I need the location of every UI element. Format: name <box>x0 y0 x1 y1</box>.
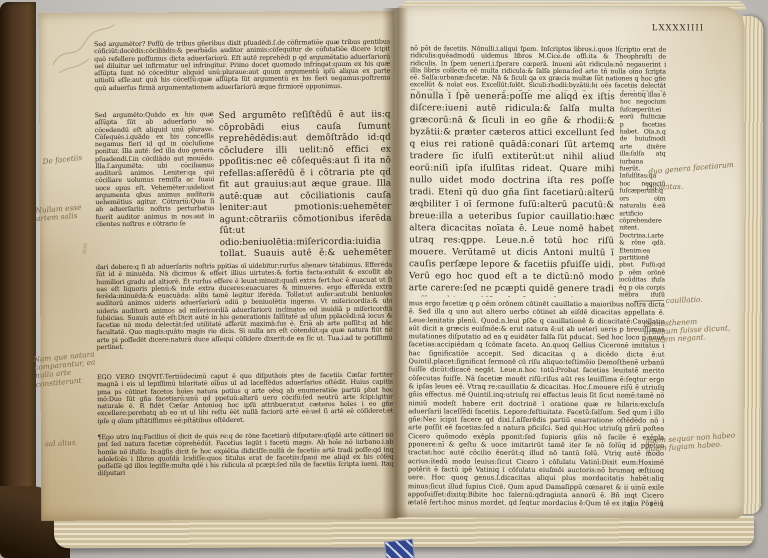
gutter-shadow <box>382 8 408 518</box>
left-commentary-column: Sed argumēto:Quādo ex his quæ aſſūpta ſū… <box>95 111 215 262</box>
left-page: De facetiis Nullam esse artem salis non … <box>39 11 398 521</box>
left-commentary-mid: dari debere:q ſi ab aduerſariis noſtris … <box>96 262 393 375</box>
right-split-region: nōnulla ī ſpē uenerā:poſſe me aliqd ex i… <box>409 90 666 297</box>
marginal-pen-mark: non <box>81 243 91 256</box>
left-cicero-lemma-text: Sed argumēto reſiſtēdū ē aut iis:q cōpro… <box>219 110 392 261</box>
right-commentary-top: nō pōt de facetiis. Nōnulli.i.aliqui ſpe… <box>410 45 666 91</box>
left-lemma-heading-ego-vero-inquit: EGO VERO INQVIT:Tertiūdecimū caput ē quo… <box>97 372 394 435</box>
right-cicero-lemma-text: nōnulla ī ſpē uenerā:poſſe me aliqd ex i… <box>409 90 615 297</box>
blue-label-sticker <box>384 539 415 558</box>
left-split-region: Sed argumēto:Quādo ex his quæ aſſūpta ſū… <box>95 110 392 263</box>
quire-signature-mark: n ii <box>611 500 671 508</box>
marginal-note-sal-alius: sal alius. <box>45 437 105 449</box>
left-commentary-top: Sed argumētor? Poſſũ de tribus gñeribus … <box>94 39 391 113</box>
photo-of-open-incunable-book: De facetiis Nullam esse artem salis non … <box>0 0 768 558</box>
right-commentary-column: derentiq illas ē hoc negocium ſuſcæperūt… <box>619 91 666 297</box>
marginal-note-cauillatio: cauillatio. <box>666 296 703 305</box>
folio-number: LXXXXIIII <box>652 23 704 33</box>
right-commentary-bottom: mus ergo facetiæ q p oēm orōnem cōtinēt … <box>408 299 665 506</box>
right-page: LXXXXIIII duo genera facetiarum Dicacita… <box>395 5 745 518</box>
marginal-note-nullam-esse-artem: Nullam esse artem salis <box>35 203 96 224</box>
left-page-text-block: Sed argumētor? Poſſũ de tribus gñeribus … <box>94 39 394 518</box>
right-page-text-block: nō pōt de facetiis. Nōnulli.i.aliqui ſpe… <box>408 45 666 516</box>
left-commentary-bottom: ¶Ego utro inq:Facilius oī dicit de quis … <box>97 432 394 499</box>
marginal-note-nam-que-natura: Nam que natura comparantur, ea nulla art… <box>33 350 106 389</box>
